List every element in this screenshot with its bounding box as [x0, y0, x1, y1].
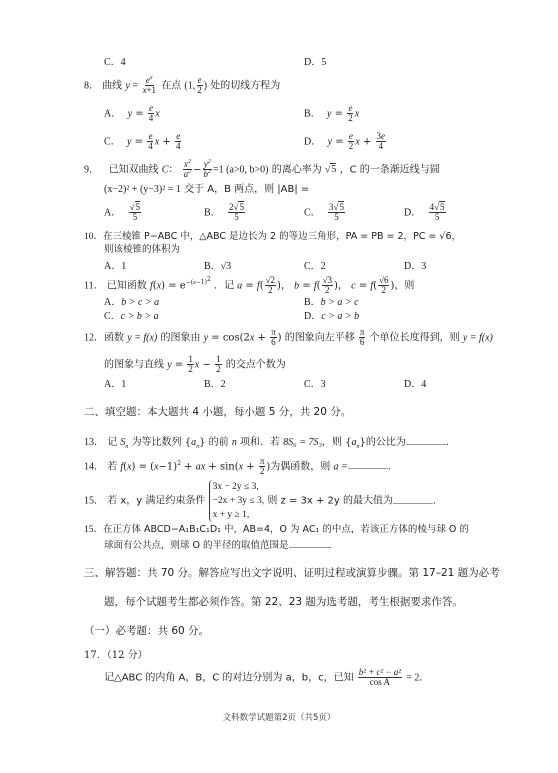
circle-equation: (x−2)² + (y−3)² = 1 — [104, 184, 181, 195]
question-10-line-2: 则该棱锥的体积为 — [104, 245, 180, 255]
stem-text: 的离心率为 — [272, 164, 322, 175]
stem-text: 在点 — [161, 80, 181, 91]
q9-option-a: A． √55 — [104, 203, 142, 223]
question-number: 12． — [84, 332, 104, 343]
question-number: 15． — [84, 525, 103, 535]
fraction: exx+1 — [141, 76, 157, 96]
stem-text: 项和．若 — [240, 437, 280, 448]
question-14: 14． 若 f(x) = (x−1)2 + ax + sin(x + π2)为偶… — [84, 457, 398, 477]
function-expr: y = f(x) — [127, 332, 157, 343]
q9-option-b: B． 2√55 — [204, 203, 246, 223]
question-11: 11． 已知函数 f(x) = e−(x−1)2 ．记 a = f(√22)， … — [84, 276, 414, 296]
condition-expr: 8S₆ = 7S₃ — [283, 437, 322, 448]
q10-option-b: B．√3 — [204, 262, 231, 272]
constraint-system: 3x − 2y ≤ 3, −2x + 3y ≤ 3, x + y ≥ 1, — [209, 480, 265, 522]
stem-text: 球面有公共点，则球 O 的半径的取值范围是 — [104, 540, 289, 551]
answer-blank[interactable] — [289, 539, 329, 548]
q9-option-c: C． 3√55 — [304, 203, 346, 223]
q12-option-b: B．2 — [204, 380, 226, 390]
stem-text: 的交点个数为 — [226, 359, 286, 370]
page-footer: 文科数学试题第2页（共5页） — [0, 714, 558, 723]
stem-text: 的公比为 — [366, 437, 406, 448]
q11-option-d: D．c > a > b — [304, 312, 359, 322]
question-12: 12．函数 y = f(x) 的图象由 y = cos(2x + π6) 的图象… — [84, 328, 493, 348]
stem-text: 已知函数 — [107, 280, 147, 291]
q12-option-d: D．4 — [404, 380, 426, 390]
stem-text: 曲线 — [102, 80, 122, 91]
stem-text: ．记 — [214, 280, 234, 291]
q7-option-c: C．4 — [104, 58, 126, 68]
question-9: 9． 已知双曲线 C： x2a2−y2b2=1 (a>0, b>0) 的离心率为… — [84, 160, 440, 180]
stem-text: 在正方体 ABCD−A₁B₁C₁D₁ 中，AB=4，O 为 AC₁ 的中点，若该… — [103, 524, 469, 535]
stem-text: ，则 — [322, 437, 342, 448]
section-3-title: 三、解答题：共 70 分。解答应写出文字说明、证明过程或演算步骤。第 17–21… — [84, 568, 500, 579]
stem-text: 若 x，y 满足约束条件 — [107, 496, 205, 507]
stem-text: 函数 — [104, 332, 124, 343]
question-number: 8． — [84, 80, 99, 91]
question-12-line-2: 的图象与直线 y = 12x − 12 的交点个数为 — [104, 355, 286, 375]
stem-text: ，C 的一条渐近线与圆 — [340, 164, 440, 175]
question-number: 9． — [84, 164, 99, 175]
function-expr: y = f(x) — [463, 332, 493, 343]
section-2-title: 二、填空题：本大题共 4 小题，每小题 5 分，共 20 分。 — [84, 407, 351, 418]
stem-text: 为等比数列 — [132, 437, 182, 448]
stem-text: 记 — [107, 437, 117, 448]
q11-option-a: A．b > c > a — [104, 298, 159, 308]
answer-blank[interactable] — [393, 495, 433, 504]
q8-option-c: C． y = e4x + e4 — [104, 132, 182, 152]
stem-text: ，则 — [394, 280, 414, 291]
stem-text: 交于 A，B 两点，则 |AB| = — [184, 184, 309, 195]
q7-option-d: D．5 — [304, 58, 326, 68]
question-number: 10． — [84, 232, 103, 242]
stem-text: 的图象与直线 — [104, 359, 164, 370]
q11-option-c: C．c > b > a — [104, 312, 159, 322]
variable: a = — [333, 461, 347, 472]
stem-text: 为偶函数，则 — [270, 461, 330, 472]
q8-option-d: D． y = e2x + 3e4 — [304, 132, 387, 152]
stem-text: 处的切线方程为 — [210, 80, 280, 91]
question-9-line-2: (x−2)² + (y−3)² = 1 交于 A，B 两点，则 |AB| = — [104, 185, 309, 195]
q11-option-b: B．b > a > c — [304, 298, 359, 308]
stem-text: 则 z = 3x + 2y 的最大值为 — [267, 496, 393, 507]
question-16-line-2: 球面有公共点，则球 O 的半径的取值范围是． — [104, 539, 338, 551]
stem-text: 记△ABC 的内角 A，B，C 的对边分别为 a，b，c，已知 — [104, 672, 354, 683]
q8-option-b: B． y = e2x — [304, 104, 359, 124]
question-8: 8． 曲线 y = exx+1 在点 (1,e2) 处的切线方程为 — [84, 76, 280, 96]
section-3-subtitle: （一）必考题：共 60 分。 — [84, 626, 209, 637]
question-16: 15．在正方体 ABCD−A₁B₁C₁D₁ 中，AB=4，O 为 AC₁ 的中点… — [84, 525, 469, 536]
q8-option-a: A． y = e4x — [104, 104, 160, 124]
section-3-title-line-2: 题，每个试题考生都必须作答。第 22、23 题为选考题，考生根据要求作答。 — [104, 597, 463, 608]
stem-text: 已知双曲线 — [109, 164, 159, 175]
stem-text: 在三棱锥 P−ABC 中，△ABC 是边长为 2 的等边三角形，PA = PB … — [103, 231, 461, 242]
fraction: b² + c² − a²cos A — [358, 668, 402, 688]
answer-blank[interactable] — [348, 460, 388, 469]
equation-condition: =1 (a>0, b>0) — [213, 164, 269, 175]
stem-text: 若 — [107, 461, 117, 472]
q10-option-a: A．1 — [104, 262, 126, 272]
question-10: 10．在三棱锥 P−ABC 中，△ABC 是边长为 2 的等边三角形，PA = … — [84, 232, 461, 243]
question-number: 11． — [84, 280, 104, 291]
question-number: 13． — [84, 437, 104, 448]
q10-option-d: D．3 — [404, 262, 426, 272]
equation-rhs: = 2． — [406, 672, 429, 683]
q12-option-a: A．1 — [104, 380, 126, 390]
q12-option-c: C．3 — [304, 380, 326, 390]
answer-blank[interactable] — [406, 436, 446, 445]
q10-option-c: C．2 — [304, 262, 326, 272]
stem-text: 的图象向左平移 — [285, 332, 355, 343]
question-number: 14． — [84, 461, 104, 472]
stem-text: 的图象由 — [160, 332, 200, 343]
q9-option-d: D． 4√55 — [404, 203, 447, 223]
question-17-header: 17．（12 分） — [84, 651, 148, 661]
question-13: 13． 记 Sn 为等比数列 {an} 的前 n 项和．若 8S₆ = 7S₃，… — [84, 436, 456, 448]
question-17: 记△ABC 的内角 A，B，C 的对边分别为 a，b，c，已知 b² + c² … — [104, 668, 429, 688]
question-number: 15． — [84, 496, 104, 507]
stem-text: 的前 — [209, 437, 229, 448]
eccentricity-value: 5 — [330, 163, 336, 175]
stem-text: 个单位长度得到，则 — [370, 332, 460, 343]
question-15: 15． 若 x，y 满足约束条件 3x − 2y ≤ 3, −2x + 3y ≤… — [84, 480, 443, 522]
